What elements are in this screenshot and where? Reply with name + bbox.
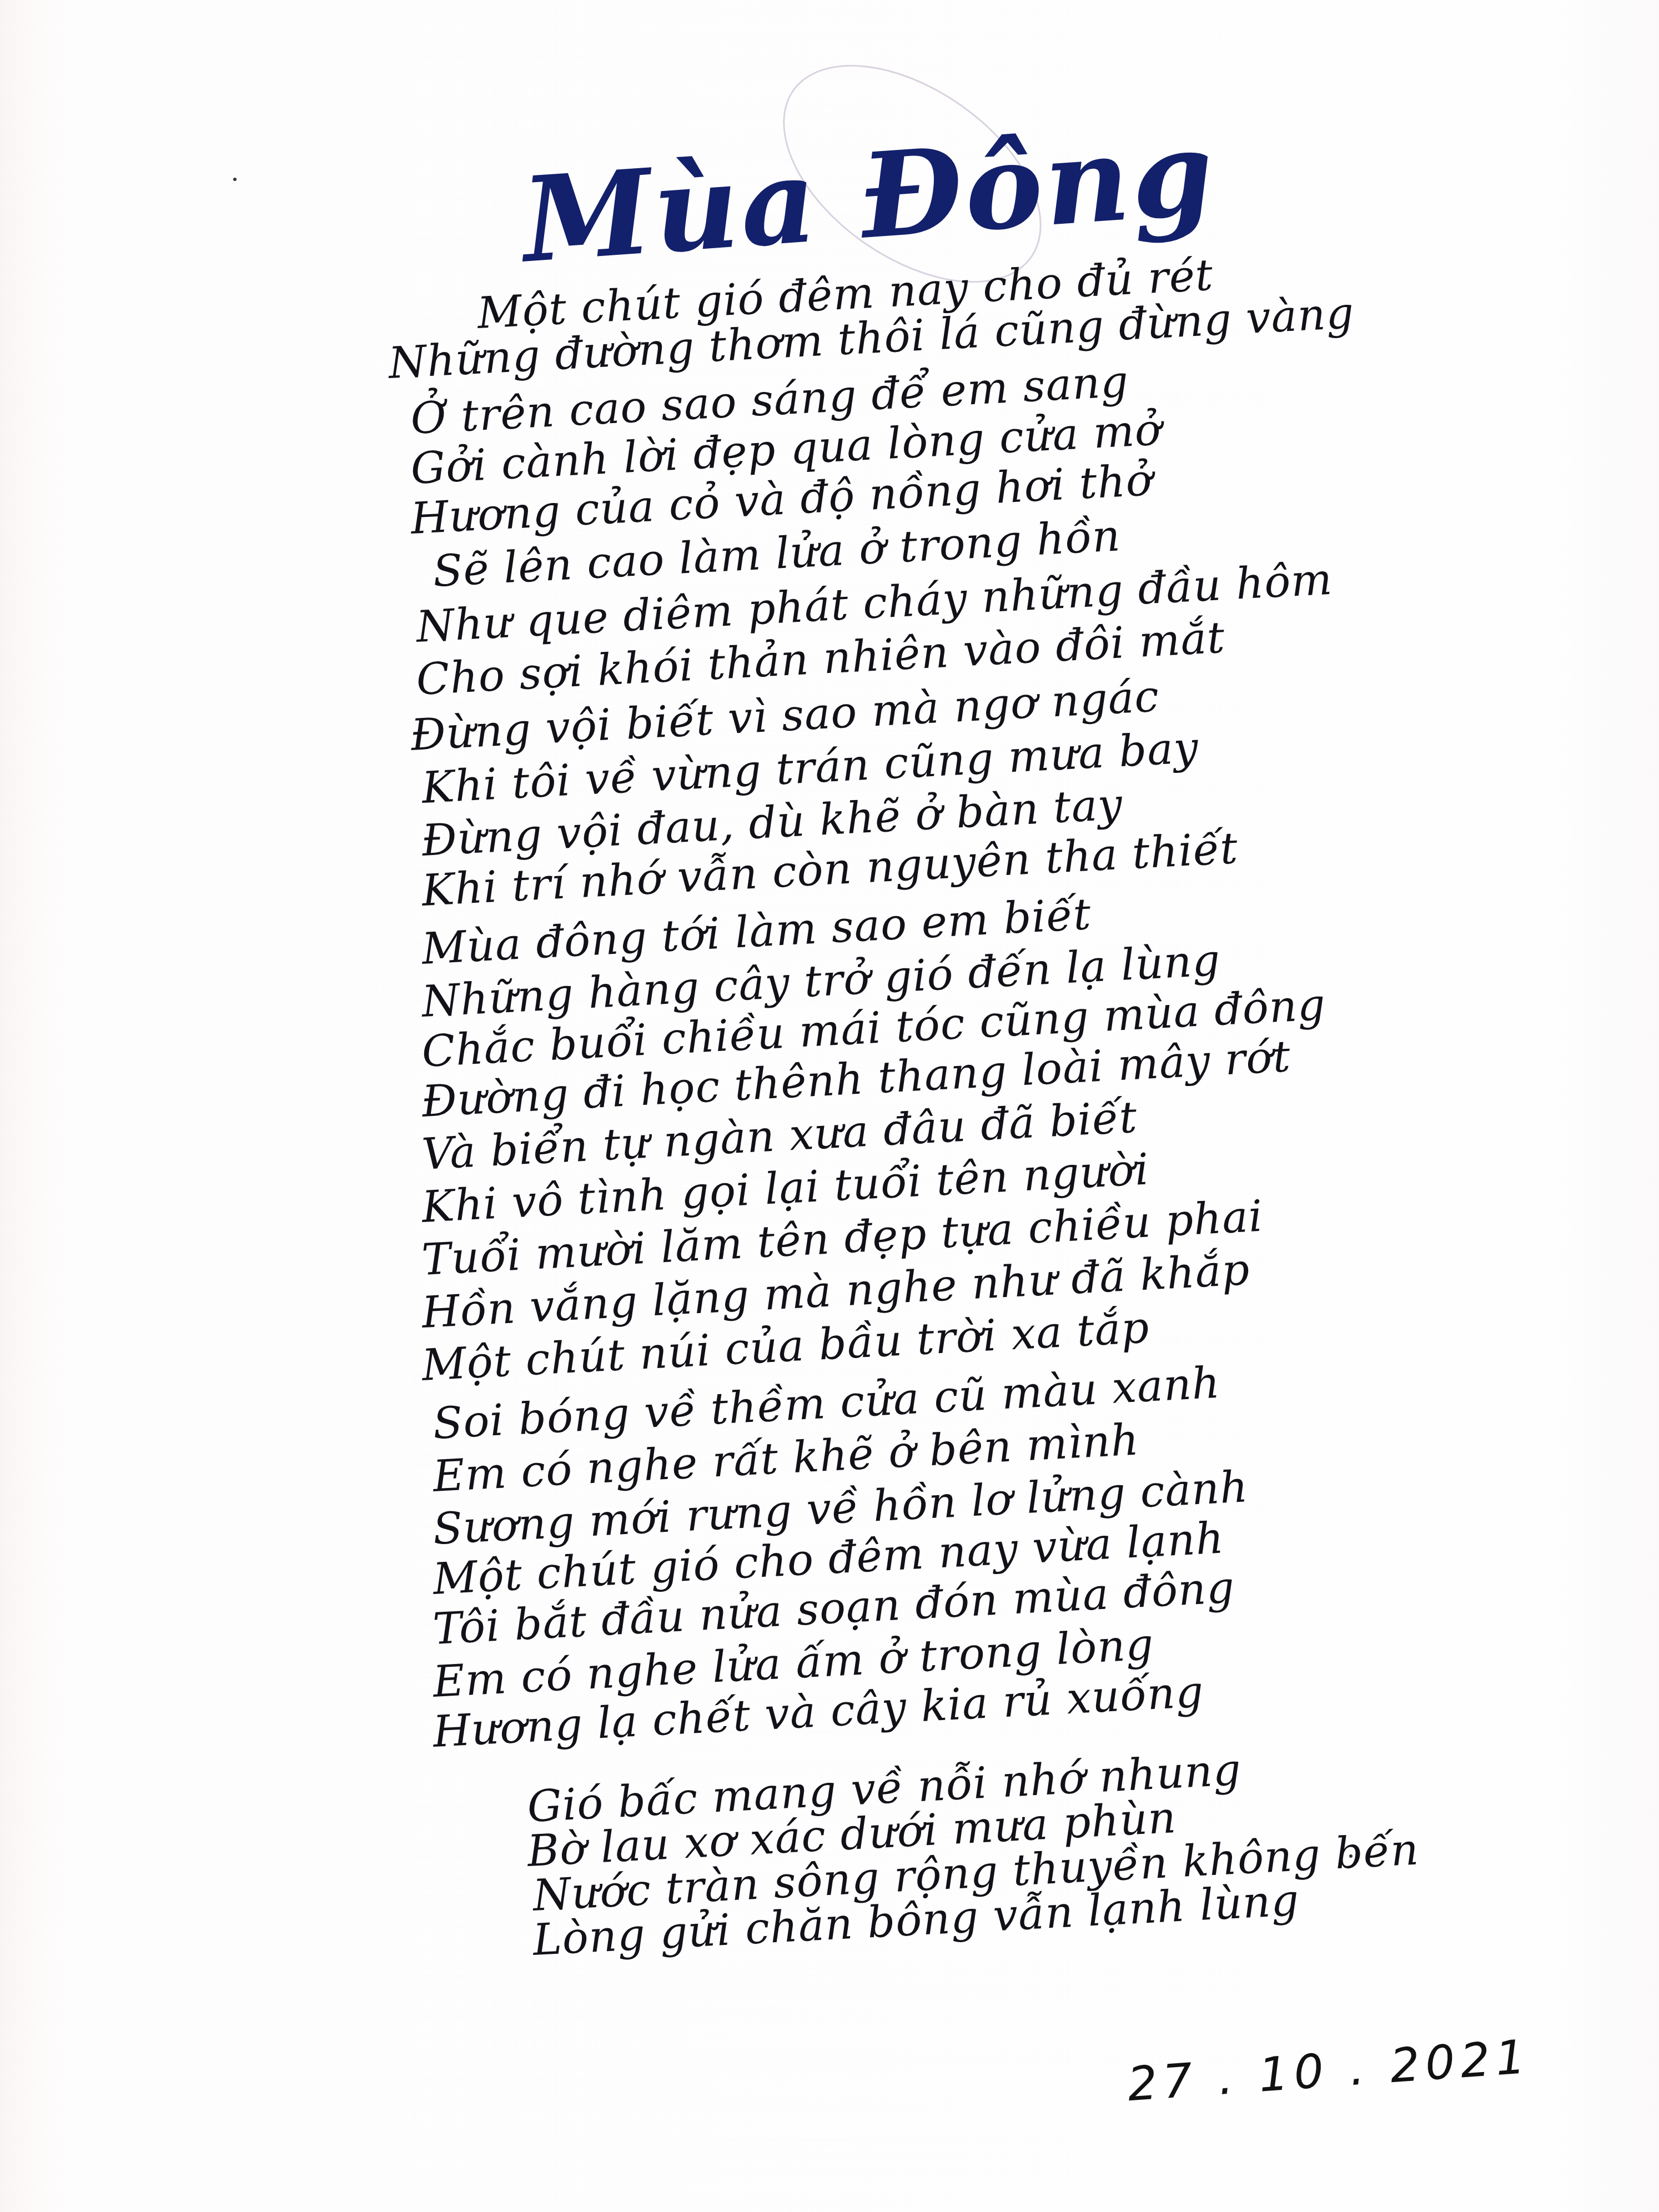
date-signature: 27 . 10 . 2021 [1125,2029,1532,2112]
ink-speck [233,178,237,181]
paper-page: Mùa Đông Một chút gió đêm nay cho đủ rét… [0,0,1659,2212]
ink-speck [1349,1854,1353,1858]
